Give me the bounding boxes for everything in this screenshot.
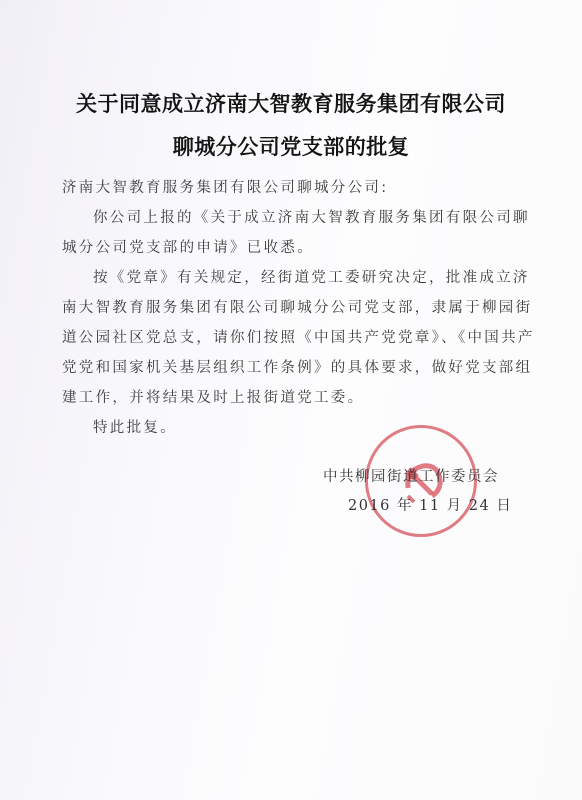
closing-line: 特此批复。 (93, 416, 177, 437)
paragraph-2-line-4: 党党和国家机关基层组织工作条例》的具体要求，做好党支部组 (62, 356, 532, 377)
paragraph-2-line-1: 按《党章》有关规定，经街道党工委研究决定，批准成立济 (93, 266, 530, 287)
paragraph-1-line-2: 城分公司党支部的申请》已收悉。 (62, 236, 314, 257)
paragraph-2-line-5: 建工作，并将结果及时上报街道党工委。 (62, 386, 364, 407)
signature-organization: 中共柳园街道工作委员会 (323, 465, 499, 486)
paragraph-2-line-3: 道公园社区党总支，请你们按照《中国共产党党章》、《中国共产 (62, 326, 535, 347)
document-title-line1: 关于同意成立济南大智教育服务集团有限公司 (0, 88, 582, 118)
paragraph-2-line-2: 南大智教育服务集团有限公司聊城分公司党支部，隶属于柳园街 (62, 296, 532, 317)
salutation: 济南大智教育服务集团有限公司聊城分公司: (62, 176, 388, 197)
signature-date: 2016 年 11 月 24 日 (348, 494, 512, 515)
paragraph-1-line-1: 你公司上报的《关于成立济南大智教育服务集团有限公司聊 (93, 206, 530, 227)
document-page: 关于同意成立济南大智教育服务集团有限公司 聊城分公司党支部的批复 济南大智教育服… (0, 0, 582, 800)
document-title-line2: 聊城分公司党支部的批复 (0, 131, 582, 161)
